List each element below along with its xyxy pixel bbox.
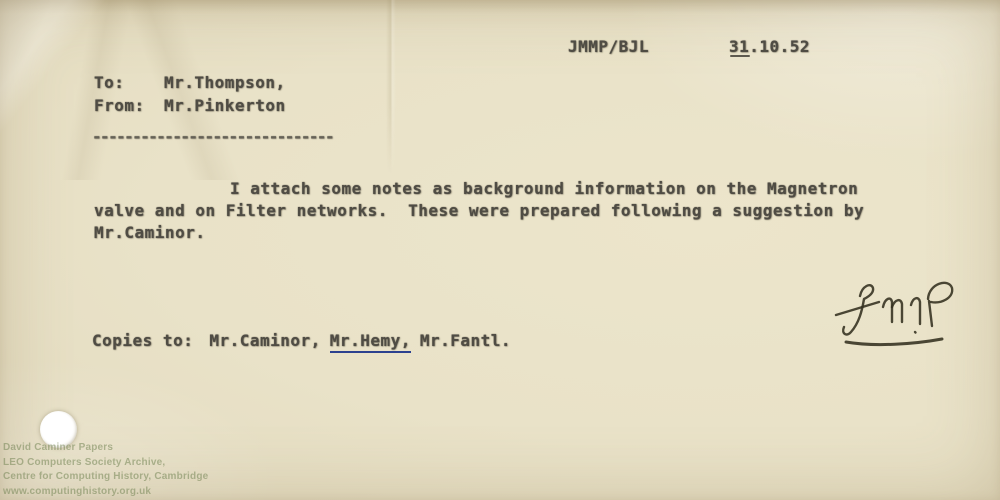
- date-underline-mark: [730, 55, 750, 57]
- date: 31.10.52: [729, 37, 810, 56]
- handwritten-signature-jmmp: [830, 270, 965, 355]
- watermark-line-4: www.computinghistory.org.uk: [3, 485, 208, 500]
- typed-separator-line: ------------------------------: [92, 127, 333, 146]
- copies-name-hemy: Mr.Hemy,: [330, 331, 411, 353]
- from-name: Mr.Pinkerton: [164, 96, 286, 115]
- body-line-1: I attach some notes as background inform…: [94, 178, 1000, 200]
- vertical-crease: [386, 0, 396, 175]
- to-row: To:Mr.Thompson,: [94, 73, 286, 92]
- archive-watermark: David Caminer Papers LEO Computers Socie…: [3, 441, 208, 499]
- copies-row: Copies to:Mr.Caminor,Mr.Hemy,Mr.Fantl.: [92, 331, 511, 350]
- body-line-2: valve and on Filter networks. These were…: [94, 200, 974, 222]
- copies-name-caminor: Mr.Caminor,: [209, 331, 320, 350]
- reference-code: JMMP/BJL: [568, 37, 649, 56]
- to-name: Mr.Thompson,: [164, 73, 286, 92]
- watermark-line-1: David Caminer Papers: [3, 441, 208, 456]
- from-row: From:Mr.Pinkerton: [94, 96, 286, 115]
- from-label: From:: [94, 96, 164, 115]
- to-label: To:: [94, 73, 164, 92]
- watermark-line-2: LEO Computers Society Archive,: [3, 456, 208, 471]
- copies-name-fantl: Mr.Fantl.: [420, 331, 511, 350]
- body-line-3: Mr.Caminor.: [94, 222, 974, 244]
- watermark-line-3: Centre for Computing History, Cambridge: [3, 470, 208, 485]
- top-edge-shading: [0, 0, 1000, 14]
- copies-label: Copies to:: [92, 331, 193, 350]
- scanned-memo-page: JMMP/BJL 31.10.52 To:Mr.Thompson, From:M…: [0, 0, 1000, 500]
